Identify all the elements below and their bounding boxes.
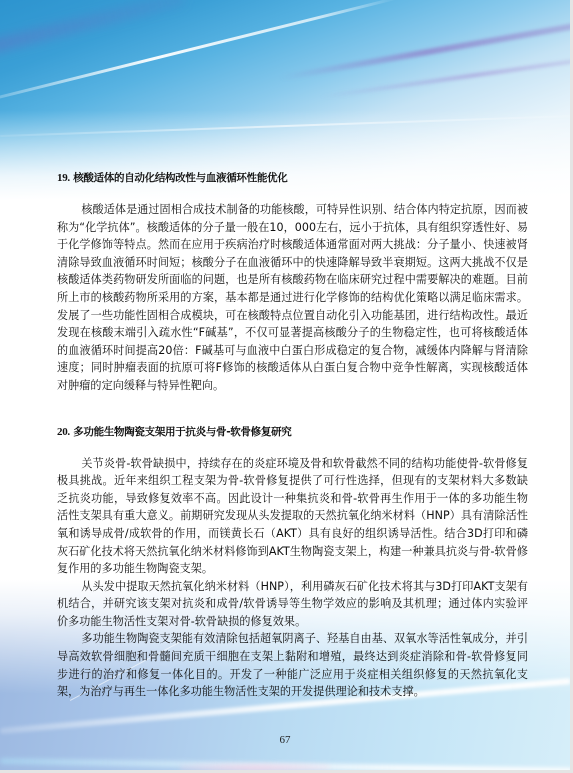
footer-light-streak: [180, 763, 330, 770]
header-light-streak: [0, 115, 570, 137]
page-number: 67: [0, 734, 570, 746]
paragraph: 关节炎骨-软骨缺损中，持续存在的炎症环境及骨和软骨截然不同的结构功能使骨-软骨修…: [57, 455, 528, 578]
section-title: 19. 核酸适体的自动化结构改性与血液循环性能优化: [57, 169, 528, 187]
document-page: 19. 核酸适体的自动化结构改性与血液循环性能优化 核酸适体是通过固相合成技术制…: [0, 0, 570, 770]
section-20: 20. 多功能生物陶瓷支架用于抗炎与骨-软骨修复研究 关节炎骨-软骨缺损中，持续…: [57, 423, 528, 701]
section-number: 20.: [57, 426, 70, 438]
header-light-streak: [279, 23, 570, 81]
section-number: 19.: [57, 172, 70, 184]
paragraph: 核酸适体是通过固相合成技术制备的功能核酸，可特异性识别、结合体内特定抗原，因而被…: [57, 201, 528, 395]
paragraph: 从头发中提取天然抗氧化纳米材料（HNP），利用磷灰石矿化技术将其与3D打印AKT…: [57, 578, 528, 631]
section-title-text: 核酸适体的自动化结构改性与血液循环性能优化: [73, 172, 287, 184]
section-title: 20. 多功能生物陶瓷支架用于抗炎与骨-软骨修复研究: [57, 423, 528, 441]
paragraph: 多功能生物陶瓷支架能有效清除包括超氧阴离子、羟基自由基、双氧水等活性氧成分，并引…: [57, 630, 528, 700]
section-19: 19. 核酸适体的自动化结构改性与血液循环性能优化 核酸适体是通过固相合成技术制…: [57, 169, 528, 395]
header-light-streak: [0, 0, 186, 54]
section-title-text: 多功能生物陶瓷支架用于抗炎与骨-软骨修复研究: [73, 426, 291, 438]
document-content: 19. 核酸适体的自动化结构改性与血液循环性能优化 核酸适体是通过固相合成技术制…: [57, 165, 528, 701]
header-light-streak: [0, 0, 398, 101]
